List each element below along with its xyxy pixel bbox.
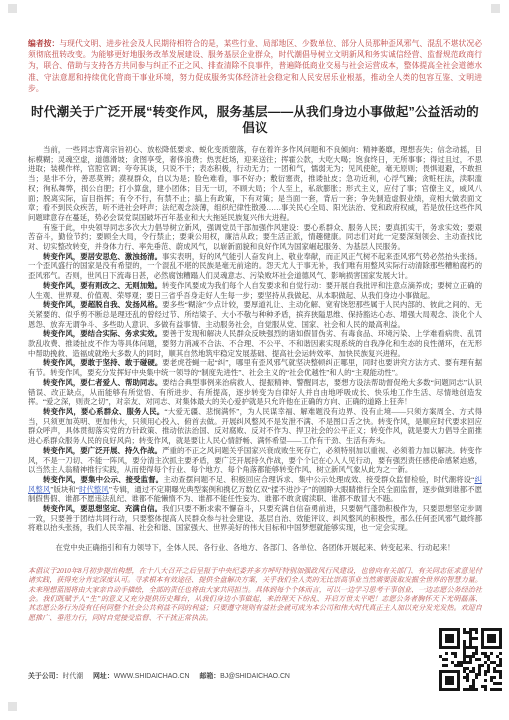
body-paragraph: 转变作风，要思想坚定、充满自信。我们只要不断求索不懈奋斗，只要充满自信奋勇前进，… — [28, 504, 482, 533]
paragraph-text: 主动查摆问题不足、积极回应合理诉求、集中公示处理成效、接受群众监督检验，时代潮将… — [163, 475, 474, 484]
paragraph-lead: 转变作风，要超脱自我、发扬风格。 — [43, 300, 162, 309]
corner-mark-top-right — [491, 4, 500, 13]
paragraph-lead: 转变作风，要思想坚定、充满自信。 — [43, 504, 162, 513]
body-paragraph: 转变作风，要结合实际、务求实效。要善于发现和解决人民群众反映强烈的诸如假冒伪劣、… — [28, 329, 482, 358]
closing-slogan: 在党中央正确指引和有力领导下，全体人民、各行业、各地方、各部门、各单位、各团体开… — [28, 543, 482, 553]
body-paragraph: 转变作风，要心系群众、服务人民。“大爱无疆、悲悯满怀”，为人民谋幸福、解难题没有… — [28, 407, 482, 446]
paragraph-lead: 转变作风，要仁者爱人、帮助同志。 — [43, 378, 162, 387]
footer-email-label: 邮箱： — [199, 673, 220, 680]
paragraph-lead: 转变作风，要结合实际、务求实效。 — [43, 329, 162, 338]
body-paragraph: 当前，一些同志背离宗旨初心、放松降低要求、蜕化变质堕落，存在着许多作风问题和不良… — [28, 145, 482, 223]
body-paragraph: 转变作风，要超脱自我、发扬风格。要多些“糊涂”少点计较，要厚道礼让、主动化解、宽… — [28, 300, 482, 329]
body-paragraph: 转变作风，要仁者爱人、帮助同志。要结合典型事例来治病救人、提振精神、警醒同志，要… — [28, 378, 482, 407]
paragraph-lead: 转变作风，要居安思危、激浊扬清。 — [43, 252, 162, 261]
body-paragraph: 转变作风，要有则改之、无则加勉。转变作风要成为我们每个人自发要求和自觉行动：要开… — [28, 281, 482, 300]
paragraph-lead: 转变作风，要广泛开展、持久作战。 — [43, 446, 162, 455]
editor-note-text: 与现代文明、进步社会及人民期待相符合的是，某些行业、局部地区、少数单位、部分人员… — [28, 39, 482, 93]
body-paragraph-with-links: 转变作风，要集中公示、接受监督。主动查摆问题不足、积极回应合理诉求、集中公示处理… — [28, 475, 482, 504]
footer-email: BJ@SHIDAICHAO.CN — [220, 673, 290, 680]
paragraph-text: 有鉴于此，中央领导同志多次大力倡导树立新风，强调党员干部加强作风建设：要心系群众… — [28, 223, 482, 251]
body-paragraph: 有鉴于此，中央领导同志多次大力倡导树立新风，强调党员干部加强作风建设：要心系群众… — [28, 223, 482, 252]
footer-company: 时代潮 — [62, 673, 83, 680]
footer-company-label: 关于公司： — [28, 673, 62, 680]
paragraph-lead: 转变作风，要有则改之、无则加勉。 — [43, 281, 162, 290]
footnote: 本倡议于2010年8月初步提出构想，在十八大召开之后呈报于中央纪委并多方呼吁特别… — [28, 567, 482, 623]
article-body: 当前，一些同志背离宗旨初心、放松降低要求、蜕化变质堕落，存在着许多作风问题和不良… — [28, 145, 482, 553]
editor-note-label: 编者按： — [28, 39, 59, 48]
footer: 关于公司：时代潮 网址：WWW.SHIDAICHAO.CN 邮箱：BJ@SHID… — [28, 670, 298, 680]
body-paragraph: 转变作风，要敢于坚持、敢于碰硬。要老虎苍蝇一起“纠”，哪里有歪风邪气就坚决整顿纠… — [28, 358, 482, 377]
paragraph-text: 当前，一些同志背离宗旨初心、放松降低要求、蜕化变质堕落，存在着许多作风问题和不良… — [28, 145, 482, 222]
body-paragraph: 转变作风，要居安思危、激浊扬清。事实表明，好的风气能引人奋发向上、敬业奉献，而正… — [28, 252, 482, 281]
link-shidai-zhengfeng[interactable]: 时代整风 — [79, 485, 109, 494]
document-content: 编者按：与现代文明、进步社会及人民期待相符合的是，某些行业、局部地区、少数单位、… — [28, 38, 482, 623]
document-page: 编者按：与现代文明、进步社会及人民期待相符合的是，某些行业、局部地区、少数单位、… — [0, 0, 509, 720]
paragraph-text: ”版块和“ — [50, 485, 79, 494]
paragraph-lead: 转变作风，要敢于坚持、敢于碰硬。 — [43, 358, 162, 367]
corner-mark-top-left — [8, 4, 17, 13]
editor-note: 编者按：与现代文明、进步社会及人民期待相符合的是，某些行业、局部地区、少数单位、… — [28, 38, 482, 94]
footer-site-url: WWW.SHIDAICHAO.CN — [114, 673, 190, 680]
qr-code-icon — [439, 628, 502, 691]
body-paragraph: 转变作风，要广泛开展、持久作战。严重的不正之风问题关乎国家兴衰成败生死存亡，必须… — [28, 446, 482, 475]
paragraph-lead: 转变作风，要心系群众、服务人民。 — [43, 407, 164, 416]
footer-site-label: 网址： — [93, 673, 114, 680]
paragraph-lead: 转变作风，要集中公示、接受监督。 — [43, 475, 163, 484]
corner-mark-bottom-left — [8, 702, 17, 711]
page-title: 时代潮关于广泛开展“转变作风，服务基层——从我们身边小事做起”公益活动的倡议 — [28, 104, 482, 136]
